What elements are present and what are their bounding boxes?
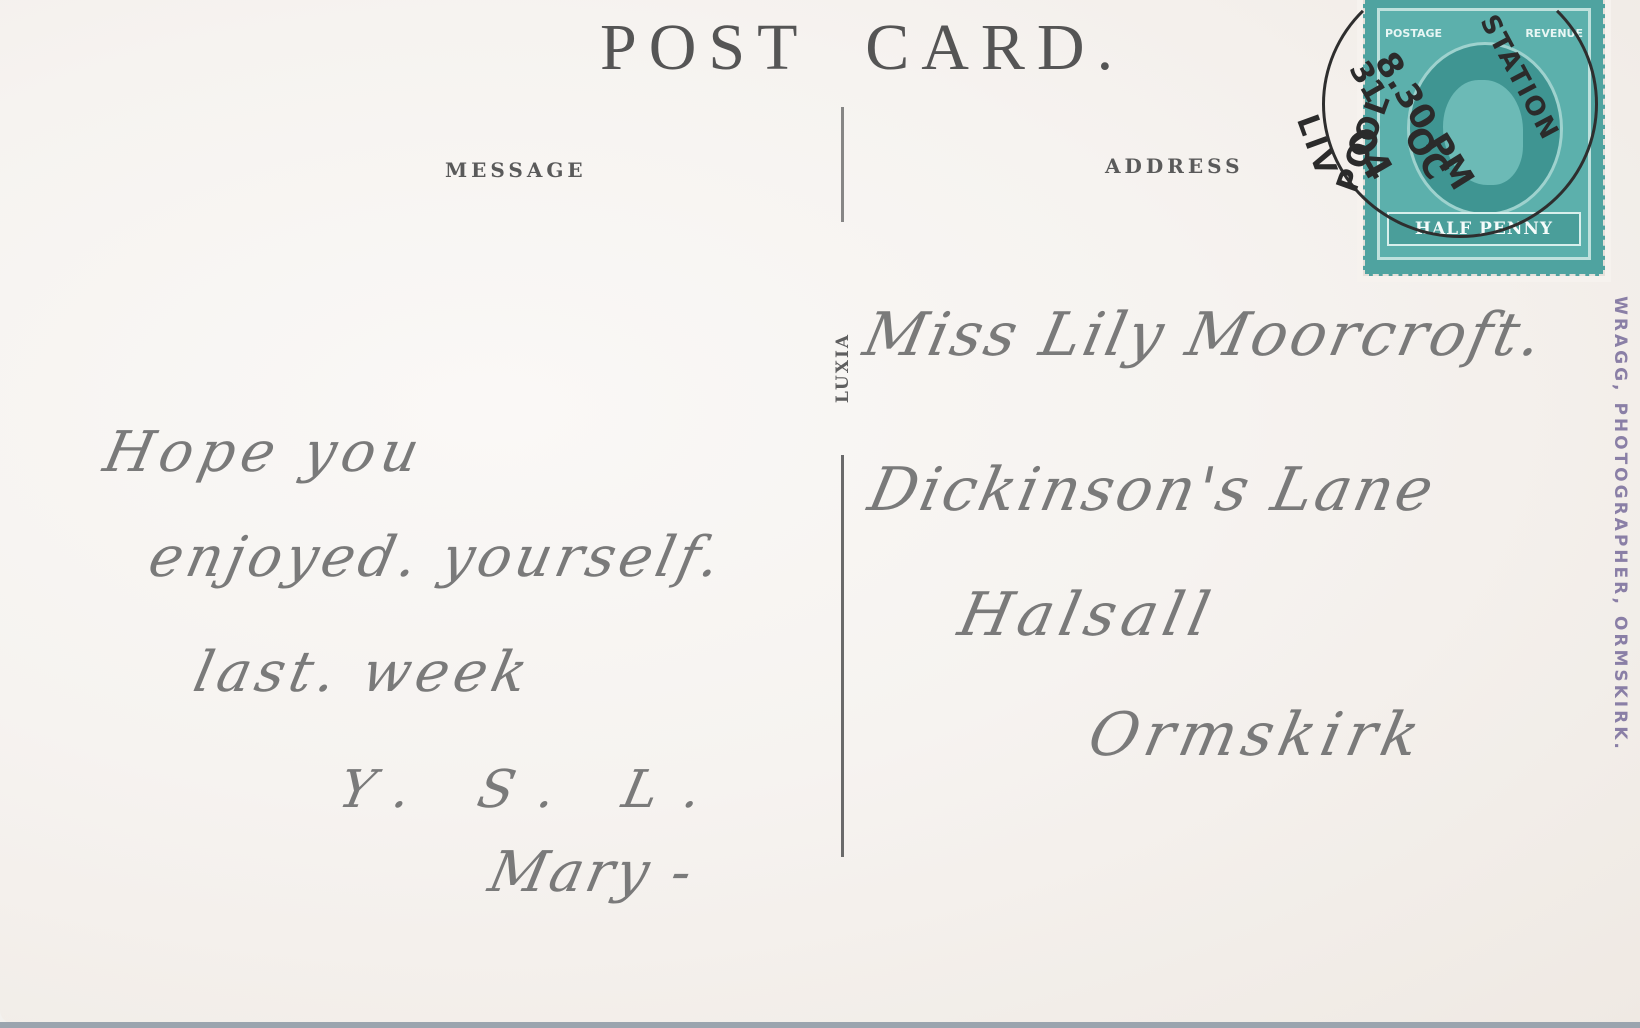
message-line: Hope you bbox=[98, 420, 431, 485]
card-bottom-edge bbox=[0, 1022, 1640, 1028]
luxia-text: LUXIA bbox=[833, 333, 853, 403]
address-line-recipient: Miss Lily Moorcroft. bbox=[858, 300, 1552, 370]
address-line-village: Halsall bbox=[953, 580, 1222, 650]
photographer-text: WRAGG, PHOTOGRAPHER, ORMSKIRK. bbox=[1610, 296, 1630, 752]
postcard-back: POST CARD. MESSAGE ADDRESS LUXIA Hope yo… bbox=[0, 0, 1640, 1024]
message-line: last. week bbox=[188, 640, 538, 705]
photographer-imprint: WRAGG, PHOTOGRAPHER, ORMSKIRK. bbox=[1603, 228, 1637, 820]
message-signoff: Y. S. L. bbox=[334, 760, 733, 820]
message-label: MESSAGE bbox=[445, 158, 587, 182]
address-line-street: Dickinson's Lane bbox=[863, 455, 1443, 525]
message-signature: Mary - bbox=[483, 840, 701, 905]
address-label: ADDRESS bbox=[1105, 154, 1244, 178]
postcard-title: POST CARD. bbox=[600, 10, 1220, 86]
message-line: enjoyed. yourself. bbox=[143, 525, 730, 590]
address-line-town: Ormskirk bbox=[1083, 700, 1432, 770]
divider-line-top bbox=[841, 107, 844, 222]
divider-line-bottom bbox=[841, 455, 844, 857]
